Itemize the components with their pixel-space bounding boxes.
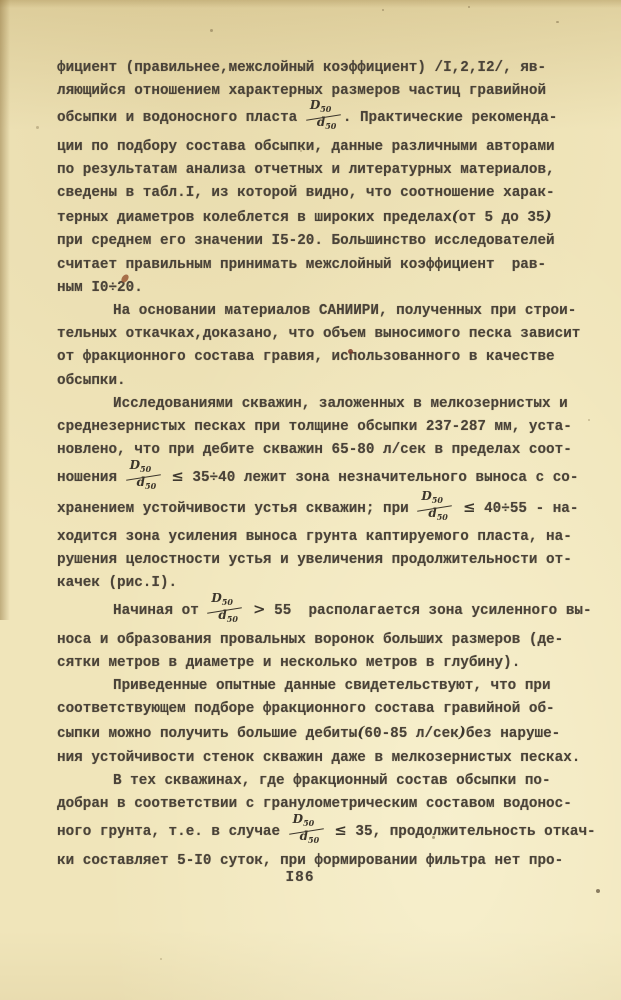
- handwritten-symbol: >: [253, 600, 266, 618]
- text-line: хранением устойчивости устья скважин; пр…: [57, 496, 577, 521]
- text-segment: сятки метров в диаметре и несколько метр…: [57, 655, 520, 671]
- text-line: На основании материалов САНИИРИ, получен…: [57, 300, 577, 323]
- text-line: сыпки можно получить большие дебиты(60-8…: [57, 721, 577, 746]
- paper-speck: [36, 126, 39, 129]
- text-line: ного грунта, т.е. в случае D50d50 ≤ 35, …: [57, 819, 577, 844]
- d50-d50-ratio-fraction: D50d50: [126, 466, 163, 490]
- handwritten-symbol: ): [545, 207, 552, 225]
- text-line: ния устойчивости стенок скважин даже в м…: [57, 747, 577, 770]
- page-top-edge-shadow: [0, 0, 621, 8]
- text-line: обсыпки и водоносного пласта D50d50. Пра…: [57, 106, 577, 130]
- scanned-page: фициент (правильнее,межслойный коэффицие…: [0, 0, 621, 1000]
- text-segment: 40÷55 - на-: [476, 501, 579, 517]
- paper-speck: [468, 6, 470, 8]
- text-line: сведены в табл.I, из которой видно, что …: [57, 182, 577, 205]
- text-line: качек (рис.I).: [57, 572, 577, 595]
- text-segment: фициент (правильнее,межслойный коэффицие…: [57, 60, 546, 76]
- fraction-numerator: D50: [310, 99, 332, 113]
- text-segment: новлено, что при дебите скважин 65-80 л/…: [57, 442, 572, 458]
- text-segment: без наруше-: [466, 726, 560, 742]
- text-segment: Приведенные опытные данные свидетельству…: [113, 678, 551, 694]
- page-left-edge-shadow: [0, 0, 10, 620]
- fraction-denominator: d50: [300, 830, 320, 844]
- text-segment: терных диаметров колеблется в широких пр…: [57, 210, 452, 226]
- text-segment: среднезернистых песках при толщине обсып…: [57, 419, 572, 435]
- text-line: сятки метров в диаметре и несколько метр…: [57, 652, 577, 675]
- text-line: ношения D50d50 ≤ 35÷40 лежит зона незнач…: [57, 465, 577, 490]
- handwritten-symbol: ≤: [334, 821, 347, 839]
- paper-speck: [382, 9, 384, 11]
- text-segment: ния устойчивости стенок скважин даже в м…: [57, 750, 580, 766]
- handwritten-symbol: ≤: [463, 498, 476, 516]
- text-segment: 35÷40 лежит зона незначительного выноса …: [184, 470, 579, 486]
- text-segment: ходится зона усиления выноса грунта капт…: [57, 529, 572, 545]
- fraction-denominator: d50: [317, 116, 337, 130]
- text-segment: обсыпки и водоносного пласта: [57, 110, 306, 126]
- fraction-denominator: d50: [218, 609, 238, 623]
- text-line: среднезернистых песках при толщине обсып…: [57, 416, 577, 439]
- text-segment: рушения целостности устья и увеличения п…: [57, 552, 572, 568]
- text-segment: ляющийся отношением характерных размеров…: [57, 83, 546, 99]
- text-line: от фракционного состава гравия, использо…: [57, 346, 577, 369]
- handwritten-symbol: (: [452, 207, 459, 225]
- fraction-numerator: D50: [130, 459, 152, 473]
- text-segment: сведены в табл.I, из которой видно, что …: [57, 185, 555, 201]
- text-line: Исследованиями скважин, заложенных в мел…: [57, 393, 577, 416]
- text-line: соответствующем подборе фракционного сос…: [57, 698, 577, 721]
- text-line: фициент (правильнее,межслойный коэффицие…: [57, 57, 577, 80]
- text-segment: Исследованиями скважин, заложенных в мел…: [113, 396, 568, 412]
- text-segment: сыпки можно получить большие дебиты: [57, 726, 357, 742]
- text-segment: носа и образования провальных воронок бо…: [57, 632, 563, 648]
- text-line: В тех скважинах, где фракционный состав …: [57, 770, 577, 793]
- text-line: Начиная от D50d50 > 55 располагается зон…: [57, 598, 577, 623]
- text-segment: обсыпки.: [57, 373, 126, 389]
- handwritten-symbol: ): [459, 723, 466, 741]
- text-line: рушения целостности устья и увеличения п…: [57, 549, 577, 572]
- paper-speck: [556, 21, 559, 23]
- text-segment: [454, 501, 463, 517]
- fraction-denominator: d50: [428, 507, 448, 521]
- d50-d50-ratio-fraction: D50d50: [207, 599, 244, 623]
- text-segment: . Практические рекоменда-: [343, 110, 558, 126]
- text-line: считает правильным принимать межслойный …: [57, 254, 577, 277]
- text-line: добран в соответствии с гранулометрическ…: [57, 793, 577, 816]
- text-segment: 55 располагается зона усиленного вы-: [266, 603, 592, 619]
- d50-d50-ratio-fraction: D50d50: [306, 106, 343, 130]
- text-segment: от фракционного состава гравия, использо…: [57, 349, 555, 365]
- text-segment: ки составляет 5-I0 суток, при формирован…: [57, 853, 563, 869]
- text-line: носа и образования провальных воронок бо…: [57, 629, 577, 652]
- text-segment: [244, 603, 253, 619]
- text-segment: [326, 824, 335, 840]
- text-segment: [163, 470, 172, 486]
- text-line: при среднем его значении I5-20. Большинс…: [57, 230, 577, 253]
- page-number: I86: [0, 870, 600, 886]
- text-segment: 60-85 л/сек: [364, 726, 458, 742]
- text-segment: по результатам анализа отчетных и литера…: [57, 162, 555, 178]
- paper-speck: [596, 889, 600, 893]
- paper-speck: [588, 419, 590, 421]
- text-segment: качек (рис.I).: [57, 575, 177, 591]
- text-segment: тельных откачках,доказано, что объем вын…: [57, 326, 580, 342]
- fraction-numerator: D50: [293, 813, 315, 827]
- paper-speck: [210, 29, 213, 32]
- text-segment: от 5 до 35: [459, 210, 545, 226]
- text-line: ходится зона усиления выноса грунта капт…: [57, 526, 577, 549]
- text-segment: ции по подбору состава обсыпки, данные р…: [57, 139, 555, 155]
- text-line: обсыпки.: [57, 370, 577, 393]
- fraction-denominator: d50: [137, 476, 157, 490]
- fraction-numerator: D50: [421, 490, 443, 504]
- text-segment: 35, продолжительность откач-: [347, 824, 596, 840]
- text-segment: На основании материалов САНИИРИ, получен…: [113, 303, 576, 319]
- d50-d50-ratio-fraction: D50d50: [417, 497, 454, 521]
- text-segment: ным I0÷20.: [57, 280, 143, 296]
- text-segment: В тех скважинах, где фракционный состав …: [113, 773, 551, 789]
- text-segment: считает правильным принимать межслойный …: [57, 257, 546, 273]
- text-line: ным I0÷20.: [57, 277, 577, 300]
- d50-d50-ratio-fraction: D50d50: [289, 820, 326, 844]
- text-segment: Начиная от: [113, 603, 207, 619]
- paper-speck: [160, 958, 162, 960]
- text-line: ции по подбору состава обсыпки, данные р…: [57, 136, 577, 159]
- fraction-numerator: D50: [211, 592, 233, 606]
- text-segment: при среднем его значении I5-20. Большинс…: [57, 233, 555, 249]
- text-segment: хранением устойчивости устья скважин; пр…: [57, 501, 417, 517]
- text-segment: соответствующем подборе фракционного сос…: [57, 701, 555, 717]
- document-text: фициент (правильнее,межслойный коэффицие…: [57, 57, 577, 873]
- text-segment: добран в соответствии с гранулометрическ…: [57, 796, 572, 812]
- text-line: по результатам анализа отчетных и литера…: [57, 159, 577, 182]
- text-line: Приведенные опытные данные свидетельству…: [57, 675, 577, 698]
- text-segment: ного грунта, т.е. в случае: [57, 824, 289, 840]
- handwritten-symbol: ≤: [171, 467, 184, 485]
- text-segment: ношения: [57, 470, 126, 486]
- text-line: терных диаметров колеблется в широких пр…: [57, 205, 577, 230]
- text-line: тельных откачках,доказано, что объем вын…: [57, 323, 577, 346]
